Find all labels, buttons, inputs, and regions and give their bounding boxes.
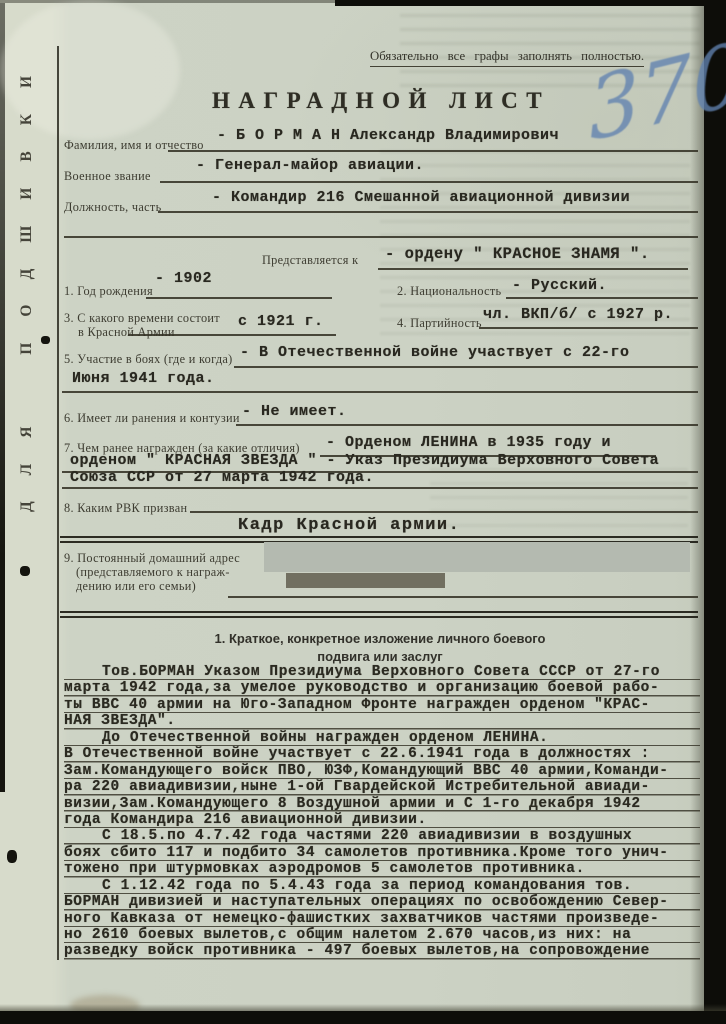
award-sheet-page: ДЛЯ ПОДШИВКИ Обязательно все графы запол…	[0, 0, 726, 1024]
form-rule	[228, 596, 698, 598]
q9-label-line1: 9. Постоянный домашний адрес	[64, 551, 240, 566]
deed-line: НАЯ ЗВЕЗДА".	[64, 713, 700, 729]
document-title: НАГРАДНОЙ ЛИСТ	[212, 88, 550, 114]
section-divider	[60, 611, 698, 613]
q8-label: 8. Каким РВК призван	[64, 501, 187, 516]
q3-label-line1: 3. С какого времени состоит	[64, 311, 220, 326]
deed-line: года Командира 216 авиационной дивизии.	[64, 812, 700, 828]
q5-value-line2: Июня 1941 года.	[72, 370, 215, 387]
form-rule-double	[60, 536, 698, 538]
q7-value-line1: - Орденом ЛЕНИНА в 1935 году и	[326, 434, 611, 451]
form-left-border	[57, 46, 59, 960]
form-rule	[378, 268, 688, 270]
deed-line: ты ВВС 40 армии на Юго-Западном Фронте н…	[64, 697, 700, 713]
deed-line: боях сбито 117 и подбито 34 самолетов пр…	[64, 845, 700, 861]
bleedthrough-texture	[430, 468, 688, 532]
award-value: - ордену " КРАСНОЕ ЗНАМЯ ".	[385, 245, 650, 263]
q7-value-line3: Союза ССР от 27 марта 1942 года.	[70, 469, 374, 486]
q6-value: - Не имеет.	[242, 403, 347, 420]
form-rule	[146, 297, 332, 299]
q4-value: чл. ВКП/б/ с 1927 р.	[483, 306, 673, 323]
award-label: Представляется к	[262, 253, 358, 268]
q3-label-line2: в Красной Армии	[78, 325, 175, 340]
deed-line: БОРМАН дивизией и наступательных операци…	[64, 894, 700, 910]
q3-value: с 1921 г.	[238, 313, 324, 330]
scan-edge-bottom	[0, 1011, 726, 1024]
combat-merit-description: Тов.БОРМАН Указом Президиума Верховного …	[64, 664, 700, 960]
deed-line: но 2610 боевых вылетов,с общим налетом 2…	[64, 927, 700, 943]
deed-line: Тов.БОРМАН Указом Президиума Верховного …	[64, 664, 700, 680]
deed-line: ра 220 авиадивизии,ныне 1-ой Гвардейской…	[64, 779, 700, 795]
staple-hole	[20, 566, 30, 576]
form-rule	[234, 366, 698, 368]
form-rule	[62, 391, 698, 393]
deed-line: разведку войск противника - 497 боевых в…	[64, 943, 700, 959]
form-rule	[62, 487, 698, 489]
form-rule	[236, 424, 698, 426]
scan-edge-shadow	[0, 1004, 726, 1011]
rank-label: Военное звание	[64, 169, 151, 184]
deed-line: визии,Зам.Командующего 8 Воздушной армии…	[64, 796, 700, 812]
q6-label: 6. Имеет ли ранения и контузии	[64, 411, 240, 426]
deed-line: В Отечественной войне участвует с 22.6.1…	[64, 746, 700, 762]
deed-line: Зам.Командующего войск ПВО, ЮЗФ,Командую…	[64, 763, 700, 779]
q8-value: Кадр Красной армии.	[238, 516, 460, 535]
deed-line: До Отечественной войны награжден орденом…	[64, 730, 700, 746]
q2-label: 2. Национальность	[397, 284, 501, 299]
q2-value: - Русский.	[512, 277, 607, 294]
form-rule	[160, 181, 698, 183]
deed-line: тожено при штурмовках аэродромов 5 самол…	[64, 861, 700, 877]
q1-label: 1. Год рождения	[64, 284, 153, 299]
q4-label: 4. Партийность	[397, 316, 482, 331]
scan-edge-left	[0, 3, 5, 792]
rank-value: - Генерал-майор авиации.	[196, 157, 424, 174]
scan-edge-top	[0, 0, 340, 3]
q9-label-line2: (представляемого к награж-	[76, 565, 230, 580]
form-rule	[64, 236, 698, 238]
form-rule	[190, 511, 698, 513]
deed-line: С 18.5.по 4.7.42 года частями 220 авиади…	[64, 828, 700, 844]
form-rule	[158, 211, 698, 213]
section1-heading-line1: 1. Краткое, конкретное изложение личного…	[60, 631, 700, 646]
redaction-box	[286, 573, 445, 588]
section1-heading-line2: подвига или заслуг	[60, 649, 700, 664]
form-rule	[128, 334, 336, 336]
q7-value-line2: орденом " КРАСНАЯ ЗВЕЗДА " - Указ Презид…	[70, 452, 659, 469]
section-divider	[60, 616, 698, 618]
name-value: - Б О Р М А Н Александр Владимирович	[217, 127, 559, 144]
q1-value: - 1902	[155, 270, 212, 287]
form-rule	[168, 150, 698, 152]
scan-edge-right	[704, 0, 726, 1024]
staple-hole	[7, 850, 17, 863]
scan-edge-top	[335, 0, 726, 6]
form-rule	[506, 297, 698, 299]
unit-label: Должность, часть	[64, 200, 162, 215]
staple-hole	[41, 336, 50, 344]
q9-label-line3: дению или его семьи)	[76, 579, 196, 594]
q5-value-line1: - В Отечественной войне участвует с 22-г…	[240, 344, 630, 361]
unit-value: - Командир 216 Смешанной авиационной див…	[212, 189, 630, 206]
deed-line: С 1.12.42 года по 5.4.43 года за период …	[64, 878, 700, 894]
redaction-box	[264, 542, 690, 572]
deed-line: марта 1942 года,за умелое руководство и …	[64, 680, 700, 696]
form-rule	[479, 327, 698, 329]
q5-label: 5. Участие в боях (где и когда)	[64, 352, 233, 367]
deed-line: ного Кавказа от немецко-фашистких захват…	[64, 911, 700, 927]
